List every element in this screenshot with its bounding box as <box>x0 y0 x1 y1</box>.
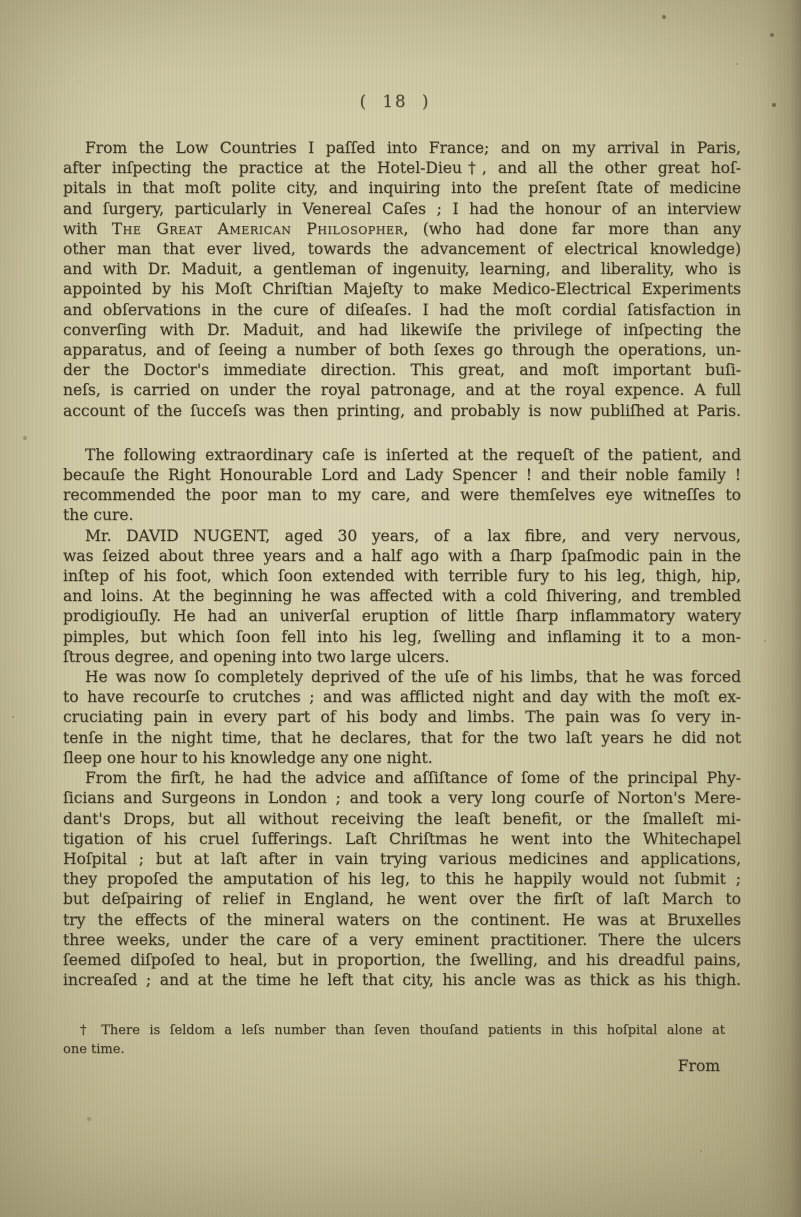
text-line: after inſpecting the practice at the Hot… <box>63 158 741 178</box>
text-line: inſtep of his foot, which ſoon extended … <box>63 566 741 586</box>
paragraph: He was now ſo completely deprived of the… <box>63 667 741 768</box>
text-line: Mr. DAVID NUGENT, aged 30 years, of a la… <box>63 526 741 546</box>
text-line: they propoſed the amputation of his leg,… <box>63 869 741 889</box>
paragraph: From the Low Countries I paſſed into Fra… <box>63 138 741 421</box>
text-line: tigation of his cruel ſufferings. Laſt C… <box>63 829 741 849</box>
text-block: From the Low Countries I paſſed into Fra… <box>63 138 741 990</box>
text-line: and obſervations in the cure of diſeaſes… <box>63 300 741 320</box>
text-line: appointed by his Moſt Chriſtian Majeſty … <box>63 279 741 299</box>
text-line: increaſed ; and at the time he left that… <box>63 970 741 990</box>
text-line: with The Great American Philosopher, (wh… <box>63 219 741 239</box>
text-line: and with Dr. Maduit, a gentleman of inge… <box>63 259 741 279</box>
text-line: pitals in that moſt polite city, and inq… <box>63 178 741 198</box>
text-line: becauſe the Right Honourable Lord and La… <box>63 465 741 485</box>
text-line: cruciating pain in every part of his bod… <box>63 707 741 727</box>
text-line: From the Low Countries I paſſed into Fra… <box>63 138 741 158</box>
text-segment: with <box>63 220 112 238</box>
text-line: the cure. <box>63 505 741 525</box>
text-line: to have recourſe to crutches ; and was a… <box>63 687 741 707</box>
text-line: ſtrous degree, and opening into two larg… <box>63 647 741 667</box>
text-line: account of the ſucceſs was then printing… <box>63 401 741 421</box>
text-line: converſing with Dr. Maduit, and had like… <box>63 320 741 340</box>
text-line: ſleep one hour to his knowledge any one … <box>63 748 741 768</box>
footnote: † There is ſeldom a leſs number than ſev… <box>63 1021 725 1059</box>
text-line: He was now ſo completely deprived of the… <box>63 667 741 687</box>
text-line: der the Doctor's immediate direction. Th… <box>63 360 741 380</box>
text-segment: , (who had done far more than any <box>404 220 741 238</box>
text-line: pimples, but which ſoon fell into his le… <box>63 627 741 647</box>
text-line: three weeks, under the care of a very em… <box>63 930 741 950</box>
book-page: ( 18 ) From the Low Countries I paſſed i… <box>0 0 801 1217</box>
foxing-specks <box>0 0 2 2</box>
text-line: dant's Drops, but all without receiving … <box>63 809 741 829</box>
paragraph: From the firſt, he had the advice and aſ… <box>63 768 741 990</box>
text-line: neſs, is carried on under the royal patr… <box>63 380 741 400</box>
paragraph: Mr. DAVID NUGENT, aged 30 years, of a la… <box>63 526 741 667</box>
text-line: apparatus, and of ſeeing a number of bot… <box>63 340 741 360</box>
text-line: From the firſt, he had the advice and aſ… <box>63 768 741 788</box>
text-line: ſeemed diſpoſed to heal, but in proporti… <box>63 950 741 970</box>
small-caps-text: The Great American Philosopher <box>112 220 404 238</box>
text-line: The following extraordinary caſe is inſe… <box>63 445 741 465</box>
text-line: other man that ever lived, towards the a… <box>63 239 741 259</box>
paragraph: The following extraordinary caſe is inſe… <box>63 445 741 526</box>
text-line: prodigiouſly. He had an univerſal erupti… <box>63 606 741 626</box>
text-line: recommended the poor man to my care, and… <box>63 485 741 505</box>
text-line: try the effects of the mineral waters on… <box>63 910 741 930</box>
text-line: and loins. At the beginning he was affec… <box>63 586 741 606</box>
text-line: tenſe in the night time, that he declare… <box>63 728 741 748</box>
text-line: and ſurgery, particularly in Venereal Ca… <box>63 199 741 219</box>
catchword: From <box>678 1057 720 1075</box>
page-number: ( 18 ) <box>0 92 790 111</box>
text-line: ſicians and Surgeons in London ; and too… <box>63 788 741 808</box>
text-line: † There is ſeldom a leſs number than ſev… <box>63 1021 725 1040</box>
text-line: one time. <box>63 1040 725 1059</box>
text-line: was ſeized about three years and a half … <box>63 546 741 566</box>
text-line: but deſpairing of relief in England, he … <box>63 889 741 909</box>
text-line: Hoſpital ; but at laſt after in vain try… <box>63 849 741 869</box>
